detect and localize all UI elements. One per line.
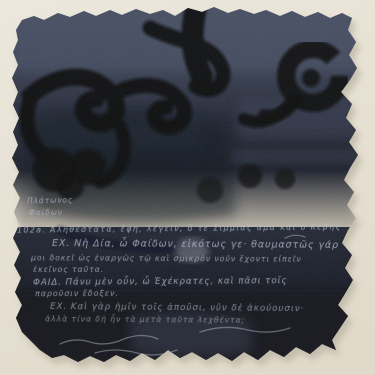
artwork-canvas — [0, 0, 375, 375]
artwork-photo: Πλάτωνος Φαίδων 102a. Ἀληθέστατα, ἔφη, λ… — [0, 0, 375, 375]
paper-grain — [0, 0, 375, 375]
